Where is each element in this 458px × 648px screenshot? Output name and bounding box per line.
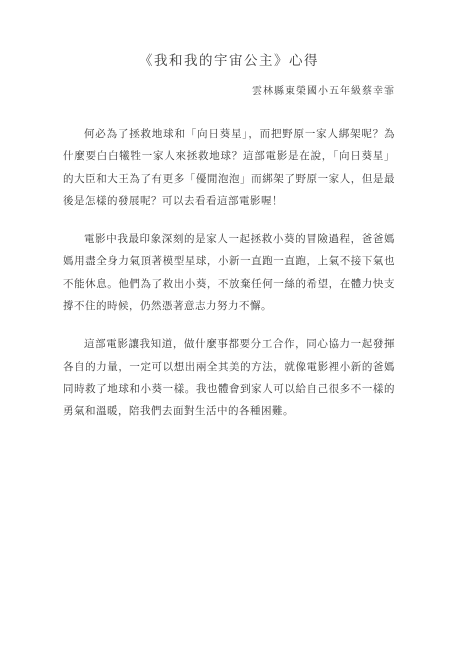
document-page: 《我和我的宇宙公主》心得 雲林縣東榮國小五年級蔡幸霏 何必為了拯救地球和「向日葵… (0, 0, 458, 648)
essay-paragraph-2: 電影中我最印象深刻的是家人一起拯救小葵的冒險過程，爸爸媽媽用盡全身力氣頂著模型星… (63, 229, 395, 318)
essay-title: 《我和我的宇宙公主》心得 (63, 52, 395, 70)
author-line: 雲林縣東榮國小五年級蔡幸霏 (63, 85, 395, 99)
essay-body: 何必為了拯救地球和「向日葵星」，而把野原一家人綁架呢？為什麼要白白犧牲一家人來拯… (63, 124, 395, 424)
essay-paragraph-3: 這部電影讓我知道，做什麼事都要分工合作，同心協力一起發揮各自的力量，一定可以想出… (63, 334, 395, 423)
essay-paragraph-1: 何必為了拯救地球和「向日葵星」，而把野原一家人綁架呢？為什麼要白白犧牲一家人來拯… (63, 124, 395, 213)
